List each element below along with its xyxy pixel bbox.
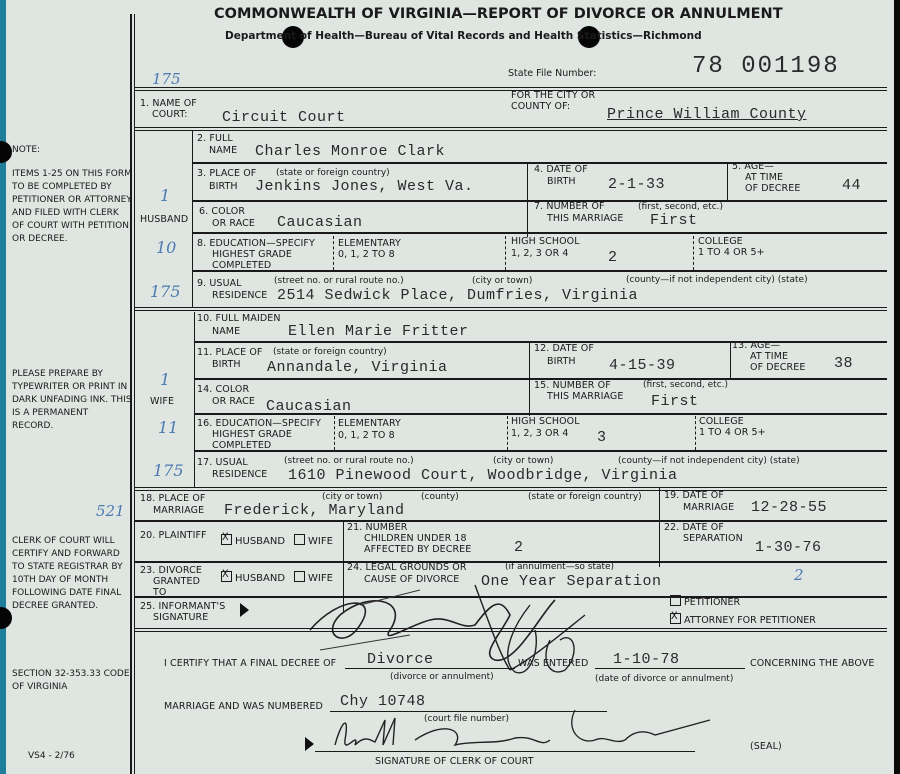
fill-line: [595, 668, 745, 669]
full-name-label: NAME: [209, 145, 237, 156]
hint: (county—if not independent city) (state): [626, 275, 808, 285]
birthplace-label: 3. PLACE OF: [197, 168, 256, 179]
hint: (divorce or annulment): [390, 672, 494, 682]
hint: (state or foreign country): [276, 168, 390, 178]
date-of-separation: 1-30-76: [755, 540, 822, 556]
checkbox-label: PETITIONER: [684, 597, 740, 608]
elementary-label: 0, 1, 2 TO 8: [338, 430, 395, 441]
clerk-signature-label: SIGNATURE OF CLERK OF COURT: [375, 756, 534, 767]
hint: (state or foreign country): [528, 492, 642, 502]
left-edge-strip: [0, 0, 6, 774]
age-label: OF DECREE: [750, 362, 805, 373]
form-title: COMMONWEALTH OF VIRGINIA—REPORT OF DIVOR…: [214, 6, 783, 22]
marriage-num-label: 15. NUMBER OF: [534, 380, 611, 391]
husband-residence: 2514 Sedwick Place, Dumfries, Virginia: [277, 288, 638, 304]
husband-race: Caucasian: [277, 215, 363, 231]
hint: (city or town): [472, 276, 532, 286]
children-label: CHILDREN UNDER 18: [364, 533, 467, 544]
birthplace-label: BIRTH: [212, 359, 241, 370]
entered-date: 1-10-78: [613, 652, 680, 668]
hint: (date of divorce or annulment): [595, 674, 733, 684]
state-file-label: State File Number:: [508, 69, 596, 79]
handwritten-note: 175: [152, 70, 181, 88]
informant-label: SIGNATURE: [153, 612, 208, 623]
age-label: 5. AGE—: [732, 161, 774, 172]
marriage-num-label: THIS MARRIAGE: [547, 391, 624, 402]
sidebar-section-text: SECTION 32-353.33 CODE OF VIRGINIA: [12, 668, 132, 694]
full-name-label: 2. FULL: [197, 133, 233, 144]
race-label: OR RACE: [212, 218, 255, 229]
place-of-marriage: Frederick, Maryland: [224, 503, 405, 519]
court-name-label: 1. NAME OF: [140, 98, 197, 109]
age-label: OF DECREE: [745, 183, 800, 194]
age-label: AT TIME: [750, 351, 788, 362]
marriage-hand-mark: 521: [96, 502, 125, 520]
sidebar-note-text: ITEMS 1-25 ON THIS FORM TO BE COMPLETED …: [12, 168, 132, 246]
divider: [194, 413, 887, 415]
right-edge-shadow: [894, 0, 900, 774]
hint: (city or town): [493, 456, 553, 466]
elementary-label: ELEMENTARY: [338, 238, 401, 249]
divider: [192, 232, 887, 234]
grounds-label: 24. LEGAL GROUNDS OR: [347, 562, 467, 573]
divider: [659, 487, 660, 567]
form-code: VS4 - 2/76: [28, 750, 148, 763]
wife-hand-mark: 11: [158, 418, 178, 437]
hint: (state or foreign country): [273, 347, 387, 357]
divider: [194, 450, 887, 452]
hint: (first, second, etc.): [638, 202, 723, 212]
marriage-num-label: THIS MARRIAGE: [547, 213, 624, 224]
divider: [505, 236, 506, 270]
dob-label: 4. DATE OF: [534, 164, 588, 175]
wife-residence: 1610 Pinewood Court, Woodbridge, Virgini…: [288, 468, 678, 484]
county-label: COUNTY OF:: [511, 101, 570, 112]
marriage-num-label: 7. NUMBER OF: [534, 201, 605, 212]
checkbox-label: HUSBAND: [235, 573, 285, 584]
elementary-label: ELEMENTARY: [338, 418, 401, 429]
divider: [135, 487, 887, 491]
dob-label: BIRTH: [547, 176, 576, 187]
husband-age: 44: [842, 178, 861, 194]
full-name-label: 10. FULL MAIDEN: [197, 313, 281, 324]
checkbox-unchecked[interactable]: [294, 534, 305, 545]
grounds-hand-mark: 2: [794, 566, 804, 584]
divider: [135, 520, 887, 522]
high-school-label: HIGH SCHOOL: [511, 236, 580, 247]
decree-type: Divorce: [367, 652, 434, 668]
divider: [693, 236, 694, 270]
checkbox-checked[interactable]: [670, 613, 681, 624]
form-subtitle: Department of Health—Bureau of Vital Rec…: [225, 30, 702, 42]
high-school-label: 1, 2, 3 OR 4: [511, 248, 569, 259]
race-label: OR RACE: [212, 396, 255, 407]
petitioner-checkbox[interactable]: PETITIONER: [670, 595, 740, 608]
separation-label: SEPARATION: [683, 533, 743, 544]
separation-label: 22. DATE OF: [664, 522, 724, 533]
hint: (county): [421, 492, 459, 502]
wife-section-label: WIFE: [150, 396, 174, 407]
residence-label: 17. USUAL: [197, 457, 248, 468]
hint: (street no. or rural route no.): [274, 276, 404, 286]
section-divider: [192, 131, 193, 307]
divider: [730, 341, 731, 379]
county-value: Prince William County: [607, 107, 807, 123]
sidebar-note-title: NOTE:: [12, 144, 132, 157]
certify-label: I CERTIFY THAT A FINAL DECREE OF: [164, 658, 336, 669]
children-label: 21. NUMBER: [347, 522, 408, 533]
checkbox-label: ATTORNEY FOR PETITIONER: [684, 615, 816, 626]
husband-birthplace: Jenkins Jones, West Va.: [255, 179, 474, 195]
checkbox-checked[interactable]: [221, 534, 232, 545]
plaintiff-label: 20. PLAINTIFF: [140, 530, 207, 541]
residence-label: RESIDENCE: [212, 290, 267, 301]
court-name-value: Circuit Court: [222, 110, 346, 126]
residence-label: 9. USUAL: [197, 278, 242, 289]
wife-dob: 4-15-39: [609, 358, 676, 374]
college-label: 1 TO 4 OR 5+: [698, 247, 765, 258]
dob-label: 12. DATE OF: [534, 343, 594, 354]
attorney-checkbox[interactable]: ATTORNEY FOR PETITIONER: [670, 613, 816, 626]
seal-label: (SEAL): [750, 741, 782, 752]
children-count: 2: [514, 540, 524, 556]
court-name-label: COURT:: [152, 109, 188, 120]
concerning-label: CONCERNING THE ABOVE: [750, 658, 874, 669]
checkbox-label: WIFE: [308, 536, 333, 547]
signature-loop: [480, 600, 600, 680]
checkbox-unchecked[interactable]: [670, 595, 681, 606]
plaintiff-husband-checkbox[interactable]: HUSBAND: [221, 534, 285, 547]
wife-hand-mark: 175: [153, 461, 184, 480]
elementary-label: 0, 1, 2 TO 8: [338, 249, 395, 260]
husband-hand-mark: 175: [150, 282, 181, 301]
divider: [135, 127, 887, 131]
hint: (county—if not independent city) (state): [618, 456, 800, 466]
informant-label: 25. INFORMANT'S: [140, 601, 225, 612]
high-school-label: 1, 2, 3 OR 4: [511, 428, 569, 439]
dob-label: BIRTH: [547, 356, 576, 367]
birthplace-label: BIRTH: [209, 181, 238, 192]
divider: [333, 236, 334, 270]
checkbox-checked[interactable]: [221, 571, 232, 582]
granted-husband-checkbox[interactable]: HUSBAND: [221, 571, 285, 584]
checkbox-label: HUSBAND: [235, 536, 285, 547]
granted-to-label: GRANTED: [153, 576, 200, 587]
divider: [695, 416, 696, 450]
sidebar-clerk-text: CLERK OF COURT WILL CERTIFY AND FORWARD …: [12, 535, 132, 613]
residence-label: RESIDENCE: [212, 469, 267, 480]
hint: (street no. or rural route no.): [284, 456, 414, 466]
college-label: COLLEGE: [699, 416, 744, 427]
hint: (first, second, etc.): [643, 380, 728, 390]
plaintiff-wife-checkbox[interactable]: WIFE: [294, 534, 333, 547]
place-of-marriage-label: MARRIAGE: [153, 505, 204, 516]
divider: [135, 307, 887, 311]
college-label: 1 TO 4 OR 5+: [699, 427, 766, 438]
date-of-marriage: 12-28-55: [751, 500, 827, 516]
age-label: 13. AGE—: [732, 340, 780, 351]
sidebar-prepare-text: PLEASE PREPARE BY TYPEWRITER OR PRINT IN…: [12, 368, 132, 433]
section-divider: [194, 312, 195, 488]
hint: (city or town): [322, 492, 382, 502]
arrow-right-icon: [240, 603, 249, 617]
education-label: HIGHEST GRADE: [212, 249, 292, 260]
husband-full-name: Charles Monroe Clark: [255, 144, 445, 160]
numbered-label: MARRIAGE AND WAS NUMBERED: [164, 701, 323, 712]
high-school-label: HIGH SCHOOL: [511, 416, 580, 427]
punch-hole: [0, 607, 12, 629]
full-name-label: NAME: [212, 326, 240, 337]
place-of-marriage-label: 18. PLACE OF: [140, 493, 206, 504]
husband-high-school: 2: [608, 250, 618, 266]
race-label: 6. COLOR: [199, 206, 245, 217]
education-label: 16. EDUCATION—SPECIFY: [197, 418, 321, 429]
college-label: COLLEGE: [698, 236, 743, 247]
hint: (if annulment—so state): [505, 562, 614, 572]
divider: [727, 162, 728, 200]
birthplace-label: 11. PLACE OF: [197, 347, 263, 358]
divider: [507, 416, 508, 450]
county-label: FOR THE CITY OR: [511, 90, 595, 101]
husband-dob: 2-1-33: [608, 177, 665, 193]
divider: [192, 270, 887, 272]
husband-hand-mark: 10: [156, 238, 176, 257]
husband-hand-mark: 1: [160, 186, 170, 205]
divider: [334, 416, 335, 450]
education-label: HIGHEST GRADE: [212, 429, 292, 440]
wife-age: 38: [834, 356, 853, 372]
wife-marriage-num: First: [651, 394, 699, 410]
punch-hole: [0, 141, 12, 163]
date-of-marriage-label: MARRIAGE: [683, 502, 734, 513]
children-label: AFFECTED BY DECREE: [364, 544, 471, 555]
wife-birthplace: Annandale, Virginia: [267, 360, 448, 376]
arrow-right-icon: [305, 737, 314, 751]
education-label: 8. EDUCATION—SPECIFY: [197, 238, 315, 249]
wife-high-school: 3: [597, 430, 607, 446]
granted-to-label: 23. DIVORCE: [140, 565, 202, 576]
age-label: AT TIME: [745, 172, 783, 183]
wife-full-name: Ellen Marie Fritter: [288, 324, 469, 340]
husband-section-label: HUSBAND: [140, 214, 188, 225]
race-label: 14. COLOR: [197, 384, 249, 395]
state-file-number: 78 001198: [692, 54, 840, 80]
date-of-marriage-label: 19. DATE OF: [664, 490, 724, 501]
husband-marriage-num: First: [650, 213, 698, 229]
wife-hand-mark: 1: [160, 370, 170, 389]
